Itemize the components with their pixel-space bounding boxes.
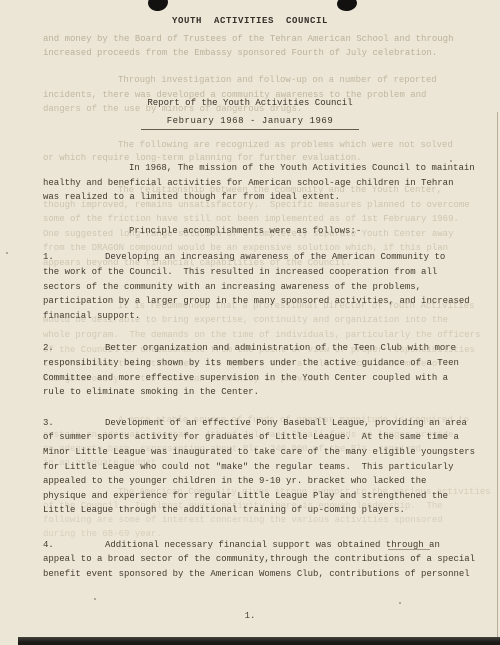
paragraph-line: Little League through the additional tra… xyxy=(43,503,479,518)
paragraph: 4.Additional necessary financial support… xyxy=(43,538,479,582)
paragraph-line: Developing an increasing awareness of th… xyxy=(43,250,479,265)
report-heading: Report of the Youth Activities Council F… xyxy=(0,97,500,130)
paragraph-line: Minor Little League was inaugurated to t… xyxy=(43,445,479,460)
paragraph: In 1968, The mission of the Youth Activi… xyxy=(43,161,479,205)
punch-hole-left xyxy=(147,0,170,13)
paragraph-line: healthy and beneficial activities for Am… xyxy=(43,176,479,191)
paragraph-line: the work of the Council. This resulted i… xyxy=(43,265,479,280)
paragraph-line: physique and experience for regular Litt… xyxy=(43,489,479,504)
paragraph-line: for Little League who could not "make" t… xyxy=(43,460,479,475)
paragraph-line: financial support. xyxy=(43,309,479,324)
report-period: February 1968 - January 1969 xyxy=(141,114,360,130)
paragraph-line: was realized to a limited though far fro… xyxy=(43,190,479,205)
page-number: 1. xyxy=(0,611,500,621)
paragraph-line: Better organization and administration o… xyxy=(43,341,479,356)
paragraph-line: Principle accomplishments were as follow… xyxy=(43,224,479,239)
paragraph-line: sectors of the community with an increas… xyxy=(43,280,479,295)
paragraph-line: Committee and more effective supervision… xyxy=(43,371,479,386)
report-title: Report of the Youth Activities Council xyxy=(0,97,500,110)
scan-speck xyxy=(6,252,8,254)
bleedthrough-line: increased proceeds from the Embassy spon… xyxy=(43,47,437,59)
punch-hole-right xyxy=(336,0,357,12)
paragraph-line: Development of an effective Pony Basebal… xyxy=(43,416,479,431)
paragraph-number: 2. xyxy=(43,341,54,356)
document-body: In 1968, The mission of the Youth Activi… xyxy=(43,155,479,582)
bleedthrough-line: Through investigation and follow-up on a… xyxy=(118,74,437,86)
paragraph-line: benefit event sponsored by the American … xyxy=(43,567,479,582)
bleedthrough-line: The following are recognized as problems… xyxy=(118,139,453,151)
scan-artifact-line xyxy=(388,549,430,550)
paragraph: 2.Better organization and administration… xyxy=(43,341,479,399)
paragraph-number: 1. xyxy=(43,250,54,265)
paragraph: Principle accomplishments were as follow… xyxy=(43,224,479,239)
paragraph-line: rule to eliminate smoking in the Center. xyxy=(43,385,479,400)
scan-speck xyxy=(450,160,452,162)
paragraph-number: 3. xyxy=(43,416,54,431)
paragraph-line: appealed to the younger children in the … xyxy=(43,474,479,489)
bleedthrough-line: and money by the Board of Trustees of th… xyxy=(43,33,453,45)
paragraph-line: responsibility being shown by its member… xyxy=(43,356,479,371)
document-page: and money by the Board of Trustees of th… xyxy=(0,0,500,645)
paragraph-line: participation by a larger group in the m… xyxy=(43,294,479,309)
paragraph-line: Additional necessary financial support w… xyxy=(43,538,479,553)
page-edge-line xyxy=(497,112,498,637)
paragraph: 1.Developing an increasing awareness of … xyxy=(43,250,479,323)
scan-speck xyxy=(399,602,401,604)
scan-bottom-band xyxy=(18,637,500,645)
paragraph-number: 4. xyxy=(43,538,54,553)
paragraph: 3.Development of an effective Pony Baseb… xyxy=(43,416,479,518)
scan-speck xyxy=(94,598,96,600)
paragraph-line: of summer sports activity for graduates … xyxy=(43,430,479,445)
org-title: YOUTH ACTIVITIES COUNCIL xyxy=(0,16,500,26)
paragraph-line: appeal to a broad sector of the communit… xyxy=(43,552,479,567)
paragraph-line: In 1968, The mission of the Youth Activi… xyxy=(43,161,479,176)
